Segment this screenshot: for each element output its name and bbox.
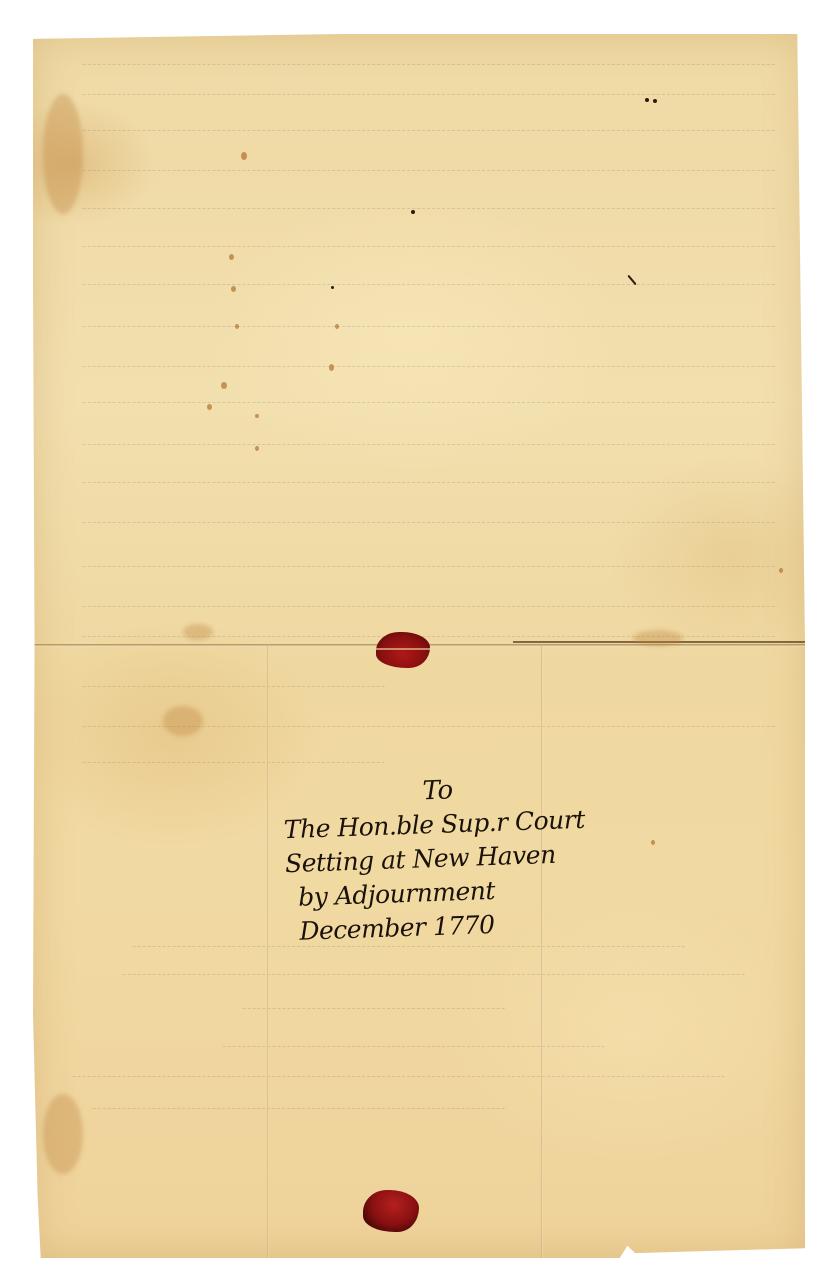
vertical-fold-left <box>267 646 269 1258</box>
manuscript-page: To The Hon.ble Sup.r Court Setting at Ne… <box>33 34 805 1258</box>
wax-seal-top <box>376 632 430 668</box>
address-block: To The Hon.ble Sup.r Court Setting at Ne… <box>282 769 588 949</box>
wax-seal-bottom <box>363 1190 419 1232</box>
vertical-fold-right <box>541 646 543 1258</box>
